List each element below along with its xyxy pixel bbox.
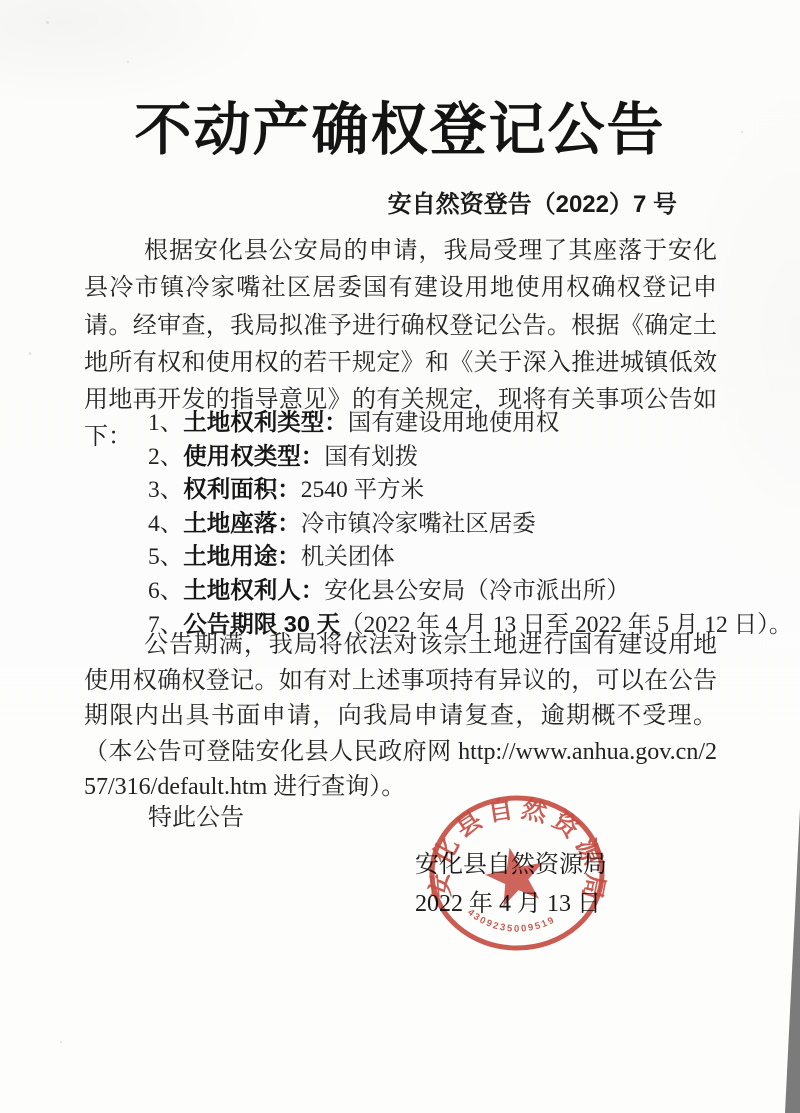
page-title: 不动产确权登记公告 [0,96,800,164]
item-value: 2540 平方米 [301,477,424,503]
list-item-land-use: 5、土地用途：机关团体 [148,540,718,574]
item-number: 4、 [148,511,183,537]
document-number: 安自然资登告（2022）7 号 [0,184,800,219]
item-number: 5、 [148,544,183,570]
list-item-use-right-type: 2、使用权类型：国有划拨 [148,440,718,474]
scan-speck [127,61,129,63]
item-label: 土地权利人： [183,577,324,603]
item-label: 土地座落： [183,510,301,536]
item-number: 6、 [148,578,183,604]
seal-code: 4309235009519 [465,907,557,935]
item-number: 2、 [148,444,183,470]
list-item-location: 4、土地座落：冷市镇冷家嘴社区居委 [148,507,718,541]
scan-speck [46,21,49,24]
item-number: 1、 [148,410,183,436]
item-value: 冷市镇冷家嘴社区居委 [301,511,536,537]
item-label: 土地用途： [183,543,301,569]
announcement-list: 1、土地权利类型：国有建设用地使用权 2、使用权类型：国有划拨 3、权利面积：2… [148,406,718,641]
item-label: 权利面积： [183,476,301,502]
list-item-right-holder: 6、土地权利人：安化县公安局（冷市派出所） [148,574,718,608]
closing-note: 特此公告 [148,797,244,832]
closing-paragraph: 公告期满，我局将依法对该宗土地进行国有建设用地使用权确权登记。如有对上述事项持有… [84,628,717,806]
seal-star-icon [481,842,550,909]
item-label: 土地权利类型： [183,409,348,435]
list-item-land-right-type: 1、土地权利类型：国有建设用地使用权 [148,406,718,440]
scan-speck [60,1041,62,1043]
item-label: 使用权类型： [183,443,324,469]
item-number: 3、 [148,477,183,503]
item-value: 国有划拨 [324,444,418,470]
list-item-area: 3、权利面积：2540 平方米 [148,473,718,507]
item-value: 国有建设用地使用权 [348,410,560,436]
scan-speck [29,352,31,355]
item-value: 安化县公安局（冷市派出所） [324,578,630,604]
item-value: 机关团体 [301,544,395,570]
official-seal: 安化县自然资源局 4309235009519 [424,790,610,956]
